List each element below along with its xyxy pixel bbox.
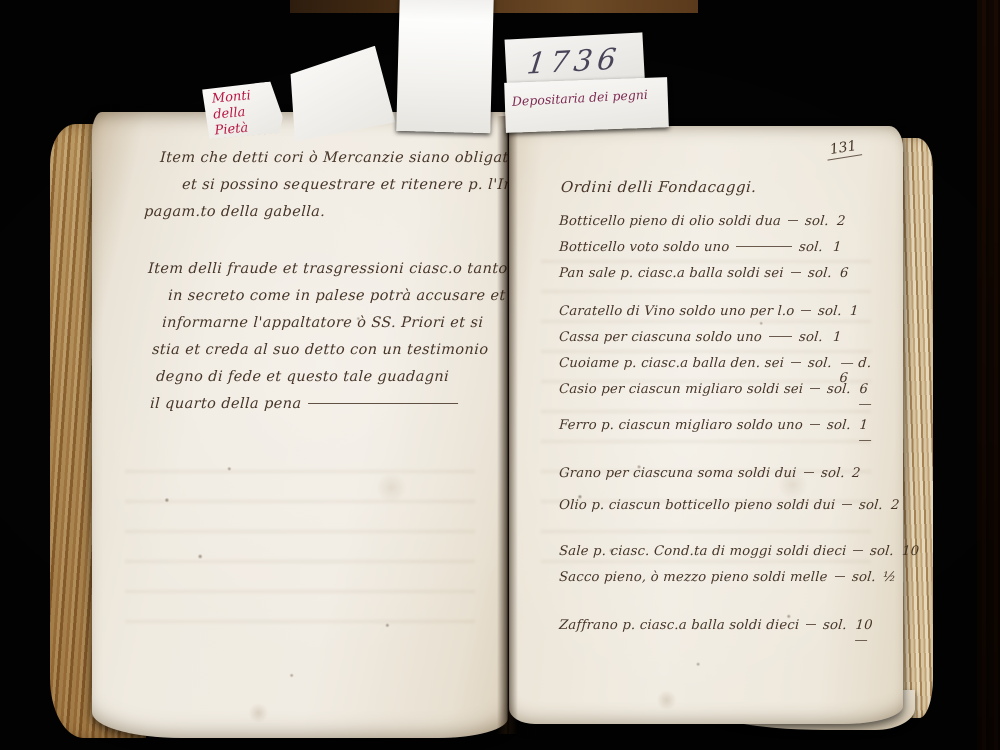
leader-line — [788, 220, 798, 221]
tariff-label: Pan sale p. ciasc.a balla soldi sei — [559, 266, 785, 281]
manuscript-line: et si possino sequestrare et ritenere p.… — [181, 172, 508, 199]
tariff-value: 10 — — [846, 618, 876, 648]
wood-table-top-strip — [290, 0, 698, 13]
book-gutter-shadow — [497, 116, 518, 734]
tariff-value: 1 — [842, 304, 876, 319]
tariff-value: ½ — [875, 570, 897, 585]
tariff-label: Zaffrano p. ciasc.a balla soldi dieci — [559, 618, 800, 633]
tariff-label: Caratello di Vino soldo uno per l.o — [559, 304, 795, 319]
currency-abbr: sol. — [804, 214, 829, 229]
manuscript-line-text: il quarto della pena — [150, 396, 302, 412]
series-tag: Depositaria dei pegni — [504, 77, 669, 133]
currency-abbr: sol. — [807, 356, 832, 371]
leader-line — [791, 272, 801, 273]
manuscript-line: in secreto come in palese potrà accusare… — [167, 283, 508, 310]
currency-abbr: sol. — [826, 382, 851, 397]
left-paragraph-2: Item delli fraude et trasgressioni ciasc… — [92, 256, 508, 418]
currency-abbr: sol. — [818, 304, 843, 319]
tariff-label: Botticello pieno di olio soldi dua — [559, 214, 782, 229]
manuscript-line: stia et creda al suo detto con un testim… — [151, 337, 508, 364]
tariff-label: Ferro p. ciascun migliaro soldo uno — [559, 418, 804, 433]
manuscript-line: Item delli fraude et trasgressioni ciasc… — [147, 256, 508, 283]
tariff-label: Olio p. ciascun botticello pieno soldi d… — [559, 498, 836, 513]
currency-abbr: sol. — [807, 266, 832, 281]
leader-line — [804, 472, 814, 473]
leader-line — [801, 310, 811, 311]
archive-name-tag: Monti della Pietà — [202, 81, 284, 140]
currency-abbr: sol. — [851, 570, 876, 585]
leader-line — [736, 246, 792, 247]
leader-line — [810, 424, 820, 425]
manuscript-line: Item che detti cori ò Mercanzie siano ob… — [159, 145, 508, 172]
currency-abbr: sol. — [798, 240, 826, 255]
tariff-value: 2 — [828, 214, 875, 229]
tariff-value: 6 — [831, 266, 875, 281]
leader-line — [842, 504, 852, 505]
paper-bookmark-strip — [396, 0, 494, 133]
leader-line — [791, 362, 801, 363]
currency-abbr: sol. — [798, 330, 826, 345]
list-heading: Ordini delli Fondacaggi. — [560, 178, 903, 196]
tariff-label: Grano per ciascuna soma soldi dui — [559, 466, 797, 481]
manuscript-line: pagam.to della gabella. — [143, 199, 508, 226]
left-page-showthrough — [125, 456, 474, 644]
tariff-label: Cassa per ciascuna soldo uno — [559, 330, 763, 345]
leader-line — [769, 336, 792, 337]
manuscript-line: il quarto della pena — [149, 391, 508, 418]
right-page: 131 Ordini delli Fondacaggi. Botticello … — [509, 126, 903, 724]
year-text: 1736 — [503, 32, 646, 82]
tariff-label: Botticello voto soldo uno — [559, 240, 730, 255]
tariff-value: 1 — — [850, 418, 876, 448]
right-page-showthrough — [541, 246, 872, 575]
leader-line — [806, 624, 816, 625]
tariff-value: 1 — [824, 330, 875, 345]
tariff-label: Cuoiame p. ciasc.a balla den. sei — [559, 356, 785, 371]
trailing-rule — [308, 403, 458, 404]
archive-name-text: Monti della Pietà — [202, 81, 284, 141]
manuscript-line: informarne l'appaltatore ò SS. Priori et… — [161, 310, 508, 337]
tariff-label: Sale p. ciasc. Cond.ta di moggi soldi di… — [559, 544, 847, 559]
currency-abbr: sol. — [820, 466, 845, 481]
currency-abbr: sol. — [859, 498, 884, 513]
wood-table-right-strip — [977, 0, 1000, 750]
leader-line — [835, 576, 845, 577]
currency-abbr: sol. — [870, 544, 895, 559]
left-page: Item che detti cori ò Mercanzie siano ob… — [92, 112, 508, 738]
tariff-label: Sacco pieno, ò mezzo pieno soldi melle — [559, 570, 828, 585]
currency-abbr: sol. — [823, 618, 848, 633]
tariff-value: 2 — [883, 498, 901, 513]
tariff-value: 6 — — [850, 382, 876, 412]
tariff-value: 2 — [844, 466, 876, 481]
leader-line — [853, 550, 863, 551]
tariff-value: 10 — [894, 544, 920, 559]
leader-line — [810, 388, 820, 389]
manuscript-line: degno di fede et questo tale guadagni — [155, 364, 508, 391]
manuscript-photo: Item che detti cori ò Mercanzie siano ob… — [0, 0, 1000, 750]
tariff-label: Casio per ciascun migliaro soldi sei — [559, 382, 804, 397]
currency-abbr: sol. — [826, 418, 851, 433]
tariff-value: 1 — [824, 240, 875, 255]
